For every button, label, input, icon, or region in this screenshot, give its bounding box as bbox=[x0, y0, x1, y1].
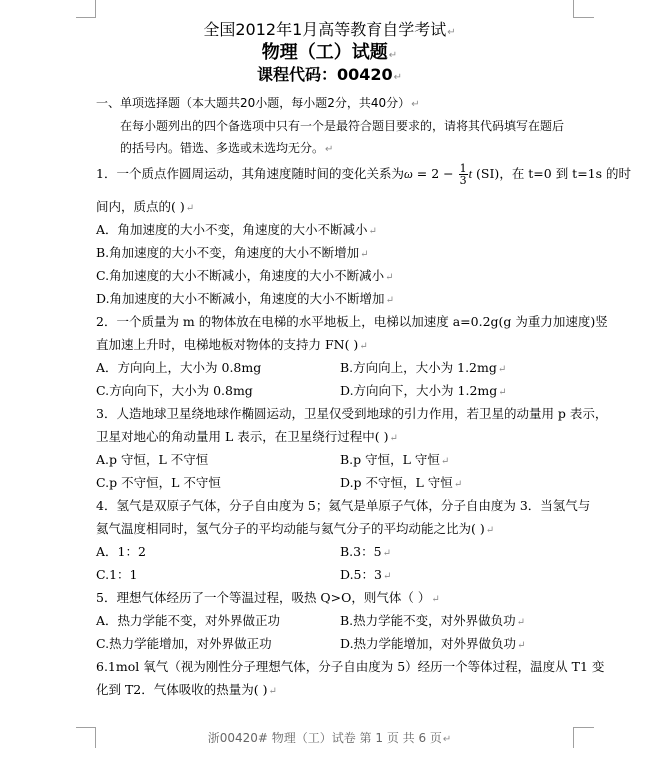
fraction-one-third: 13 bbox=[459, 163, 468, 186]
paragraph-mark-icon: ↵ bbox=[269, 686, 277, 697]
section-instruction: 在每小题列出的四个备选项中只有一个是最符合题目要求的，请将其代码填写在题后 bbox=[120, 118, 564, 134]
question-3-stem: 3．人造地球卫星绕地球作椭圆运动，卫星仅受到地球的引力作用，若卫星的动量用 p … bbox=[96, 406, 607, 422]
paragraph-mark-icon: ↵ bbox=[454, 479, 462, 490]
paragraph-mark-icon: ↵ bbox=[359, 341, 367, 352]
question-6-stem-cont: 化到 T2．气体吸收的热量为( )↵ bbox=[96, 682, 277, 700]
question-3-option-d: D.p 不守恒，L 守恒↵ bbox=[340, 475, 462, 493]
question-5-option-d: D.热力学能增加，对外界做负功↵ bbox=[340, 636, 525, 654]
question-4-option-b: B.3：5↵ bbox=[340, 544, 391, 562]
paragraph-mark-icon: ↵ bbox=[386, 295, 394, 306]
paragraph-mark-icon: ↵ bbox=[383, 571, 391, 582]
paragraph-mark-icon: ↵ bbox=[389, 50, 397, 61]
paragraph-mark-icon: ↵ bbox=[186, 203, 194, 214]
page-corner-mark-top-left bbox=[76, 0, 96, 18]
section-instruction-cont: 的括号内。错选、多选或未选均无分。↵ bbox=[120, 140, 333, 158]
paragraph-mark-icon: ↵ bbox=[431, 594, 439, 605]
question-4-option-d: D.5：3↵ bbox=[340, 567, 391, 585]
paragraph-mark-icon: ↵ bbox=[443, 734, 451, 745]
paragraph-mark-icon: ↵ bbox=[325, 144, 333, 155]
question-4-option-c: C.1：1 bbox=[96, 567, 138, 583]
question-1-option-b: B.角加速度的大小不变，角速度的大小不断增加↵ bbox=[96, 245, 369, 263]
paragraph-mark-icon: ↵ bbox=[517, 640, 525, 651]
question-2-stem: 2．一个质量为 m 的物体放在电梯的水平地板上，电梯以加速度 a=0.2g(g … bbox=[96, 314, 608, 330]
question-2-option-b: B.方向向上，大小为 1.2mg↵ bbox=[340, 360, 506, 378]
question-4-stem-cont: 氦气温度相同时，氢气分子的平均动能与氦气分子的平均动能之比为( )↵ bbox=[96, 521, 494, 539]
question-3-option-b: B.p 守恒，L 守恒↵ bbox=[340, 452, 449, 470]
paragraph-mark-icon: ↵ bbox=[394, 72, 402, 83]
question-2-option-a: A．方向向上，大小为 0.8mg bbox=[96, 360, 261, 376]
exam-title: 全国2012年1月高等教育自学考试↵ bbox=[0, 20, 659, 43]
question-1-option-a: A．角加速度的大小不变，角速度的大小不断减小↵ bbox=[96, 222, 377, 240]
question-2-option-c: C.方向向下，大小为 0.8mg bbox=[96, 383, 253, 399]
formula-omega: ω bbox=[404, 167, 413, 181]
page-footer: 浙00420# 物理（工）试卷 第 1 页 共 6 页↵ bbox=[0, 729, 659, 746]
paragraph-mark-icon: ↵ bbox=[383, 548, 391, 559]
course-code: 课程代码：00420↵ bbox=[0, 65, 659, 88]
paragraph-mark-icon: ↵ bbox=[441, 456, 449, 467]
question-1-option-d: D.角加速度的大小不断减小，角速度的大小不断增加↵ bbox=[96, 291, 394, 309]
paragraph-mark-icon: ↵ bbox=[447, 27, 455, 38]
paragraph-mark-icon: ↵ bbox=[486, 525, 494, 536]
question-6-stem: 6.1mol 氧气（视为刚性分子理想气体，分子自由度为 5）经历一个等体过程，温… bbox=[96, 659, 604, 675]
question-4-option-a: A．1：2 bbox=[96, 544, 146, 560]
question-5-option-a: A．热力学能不变，对外界做正功 bbox=[96, 613, 280, 629]
question-5-stem: 5．理想气体经历了一个等温过程，吸热 Q>O，则气体（ ）↵ bbox=[96, 590, 440, 608]
paragraph-mark-icon: ↵ bbox=[517, 617, 525, 628]
question-1-option-c: C.角加速度的大小不断减小，角速度的大小不断减小↵ bbox=[96, 268, 393, 286]
paragraph-mark-icon: ↵ bbox=[498, 364, 506, 375]
question-1-stem-cont: 间内，质点的( )↵ bbox=[96, 199, 194, 217]
paragraph-mark-icon: ↵ bbox=[369, 226, 377, 237]
section-heading: 一、单项选择题（本大题共20小题，每小题2分，共40分）↵ bbox=[96, 95, 420, 113]
paragraph-mark-icon: ↵ bbox=[498, 387, 506, 398]
paragraph-mark-icon: ↵ bbox=[385, 272, 393, 283]
question-3-option-c: C.p 不守恒，L 不守恒 bbox=[96, 475, 221, 491]
paragraph-mark-icon: ↵ bbox=[360, 249, 368, 260]
question-2-option-d: D.方向向下，大小为 1.2mg↵ bbox=[340, 383, 507, 401]
page-corner-mark-top-right bbox=[573, 0, 594, 18]
paragraph-mark-icon: ↵ bbox=[411, 99, 419, 110]
question-4-stem: 4．氢气是双原子气体，分子自由度为 5；氦气是单原子气体，分子自由度为 3．当氢… bbox=[96, 498, 590, 514]
question-5-option-b: B.热力学能不变，对外界做负功↵ bbox=[340, 613, 525, 631]
question-3-option-a: A.p 守恒，L 不守恒 bbox=[96, 452, 208, 468]
question-2-stem-cont: 直加速上升时，电梯地板对物体的支持力 FN( )↵ bbox=[96, 337, 368, 355]
question-5-option-c: C.热力学能增加，对外界做正功 bbox=[96, 636, 272, 652]
question-1-stem: 1．一个质点作圆周运动，其角速度随时间的变化关系为ω = 2 − 13t (SI… bbox=[96, 163, 631, 186]
question-3-stem-cont: 卫星对地心的角动量用 L 表示，在卫星绕行过程中( )↵ bbox=[96, 429, 398, 447]
subject-title: 物理（工）试题↵ bbox=[0, 42, 659, 67]
paragraph-mark-icon: ↵ bbox=[389, 433, 397, 444]
